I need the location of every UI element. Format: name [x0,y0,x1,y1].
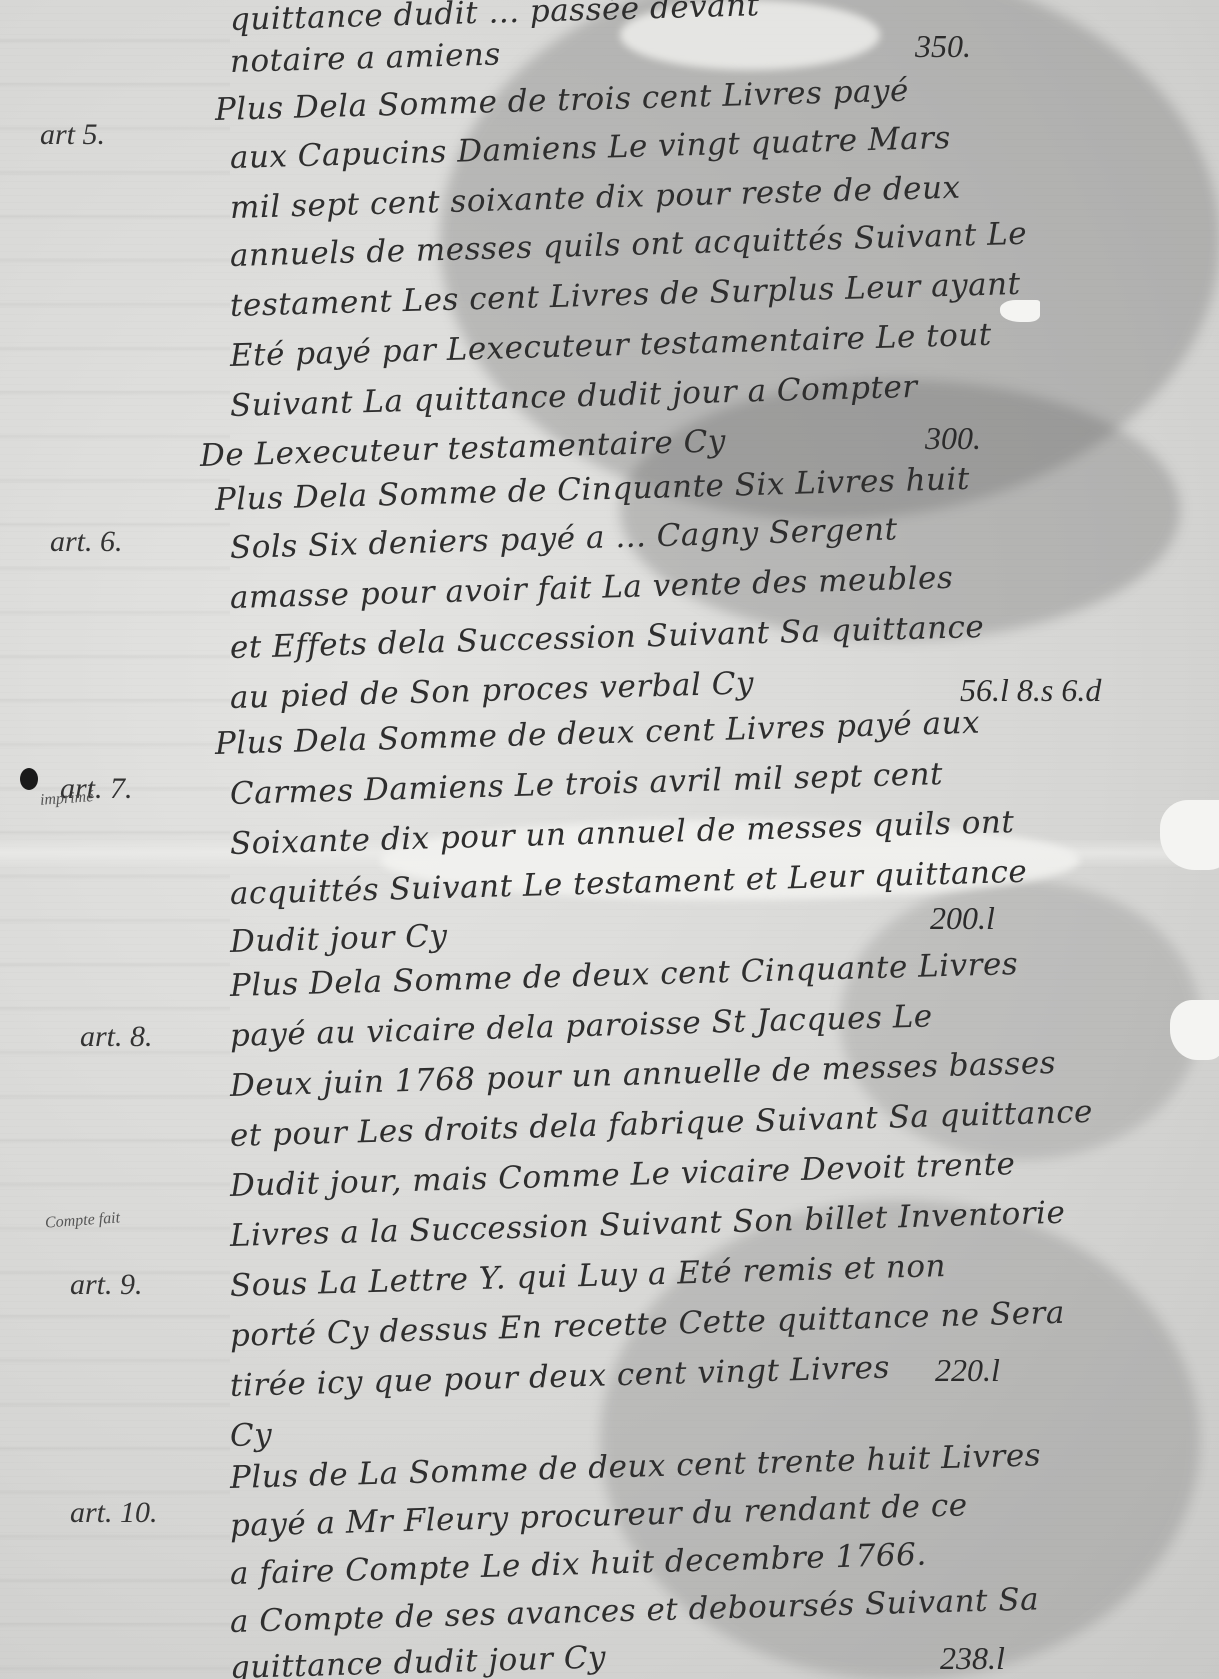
page-tear [1000,300,1040,322]
ink-blot [20,768,38,790]
amount-value: 220.l [935,1352,1000,1389]
amount-value: 300. [925,420,981,457]
handwritten-line: notaire a amiens [229,36,501,80]
handwritten-line: Dudit jour Cy [229,918,447,960]
amount-value: 238.l [940,1640,1005,1677]
article-number: art. 10. [70,1496,158,1530]
margin-annotation: imprimé [39,788,93,810]
article-number: art. 9. [70,1268,143,1302]
amount-value: 56.l 8.s 6.d [960,672,1101,709]
amount-value: 200.l [930,900,995,937]
page-tear [1170,1000,1219,1060]
article-number: art. 8. [80,1020,153,1054]
article-number: art. 6. [50,525,123,559]
handwritten-line: Cy [229,1417,272,1454]
manuscript-page: quittance dudit ... passée devantnotaire… [0,0,1219,1679]
article-number: art 5. [40,118,105,152]
amount-value: 350. [915,28,971,65]
